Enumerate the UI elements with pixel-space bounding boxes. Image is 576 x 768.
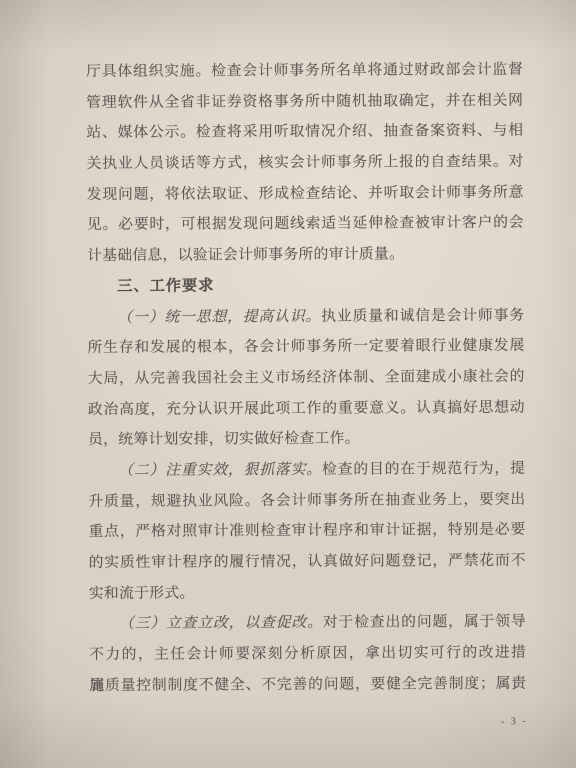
line-text: 执业质量和诚信是会计师事务	[321, 307, 524, 324]
text-line: 不力的，主任会计师要深刻分析原因，拿出切实可行的改进措施；	[89, 638, 526, 671]
text-line: 重点，严格对照审计准则检查审计程序和审计证据，特别是必要	[88, 515, 525, 548]
text-line: 发现问题，将依法取证、形成检查结论、并听取会计师事务所意	[87, 177, 524, 210]
text-line: 升质量，规避执业风险。各会计师事务所在抽查业务上，要突出	[88, 484, 525, 517]
text-line: （一）统一思想，提高认识。执业质量和诚信是会计师事务	[87, 300, 524, 333]
page-number: - 3 -	[501, 716, 528, 728]
text-line: 管理软件从全省非证券资格事务所中随机抽取确定，并在相关网	[86, 85, 523, 118]
text-line: 计基础信息，以验证会计师事务所的审计质量。	[87, 239, 524, 272]
text-line: 见。必要时，可根据发现问题线索适当延伸检查被审计客户的会	[87, 208, 524, 241]
section-heading: 三、工作要求	[87, 270, 524, 303]
text-line: 站、媒体公示。检查将采用听取情况介绍、抽查备案资料、与相	[86, 116, 523, 149]
text-line: 政治高度，充分认识开展此项工作的重要意义。认真搞好思想动	[88, 392, 525, 425]
photographed-document-page: 厅具体组织实施。检查会计师事务所名单将通过财政部会计监督管理软件从全省非证券资格…	[0, 0, 576, 768]
text-line: （二）注重实效，狠抓落实。检查的目的在于规范行为，提	[88, 454, 525, 487]
text-line: 厅具体组织实施。检查会计师事务所名单将通过财政部会计监督	[86, 55, 523, 88]
line-text: 检查的目的在于规范行为，提	[322, 461, 525, 478]
text-line: 所生存和发展的根本，各会计师事务所一定要着眼行业健康发展	[87, 331, 524, 364]
text-line: 员，统筹计划安排，切实做好检查工作。	[88, 423, 525, 456]
text-line: 大局，从完善我国社会主义市场经济体制、全面建成小康社会的	[88, 362, 525, 395]
subsection-title: （三）立查立改，以查促改。	[119, 615, 323, 632]
text-line: （三）立查立改，以查促改。对于检查出的问题，属于领导	[89, 607, 526, 640]
subsection-title: （一）统一思想，提高认识。	[117, 308, 321, 325]
line-text: 对于检查出的问题，属于领导	[323, 614, 526, 631]
text-line: 属质量控制制度不健全、不完善的问题，要健全完善制度；属责	[89, 668, 526, 701]
text-line: 的实质性审计程序的履行情况，认真做好问题登记，严禁花而不	[89, 546, 526, 579]
subsection-title: （二）注重实效，狠抓落实。	[118, 462, 322, 479]
text-line: 实和流于形式。	[89, 576, 526, 609]
text-line: 关执业人员谈话等方式，核实会计师事务所上报的自查结果。对	[86, 147, 523, 180]
document-text: 厅具体组织实施。检查会计师事务所名单将通过财政部会计监督管理软件从全省非证券资格…	[86, 55, 526, 702]
